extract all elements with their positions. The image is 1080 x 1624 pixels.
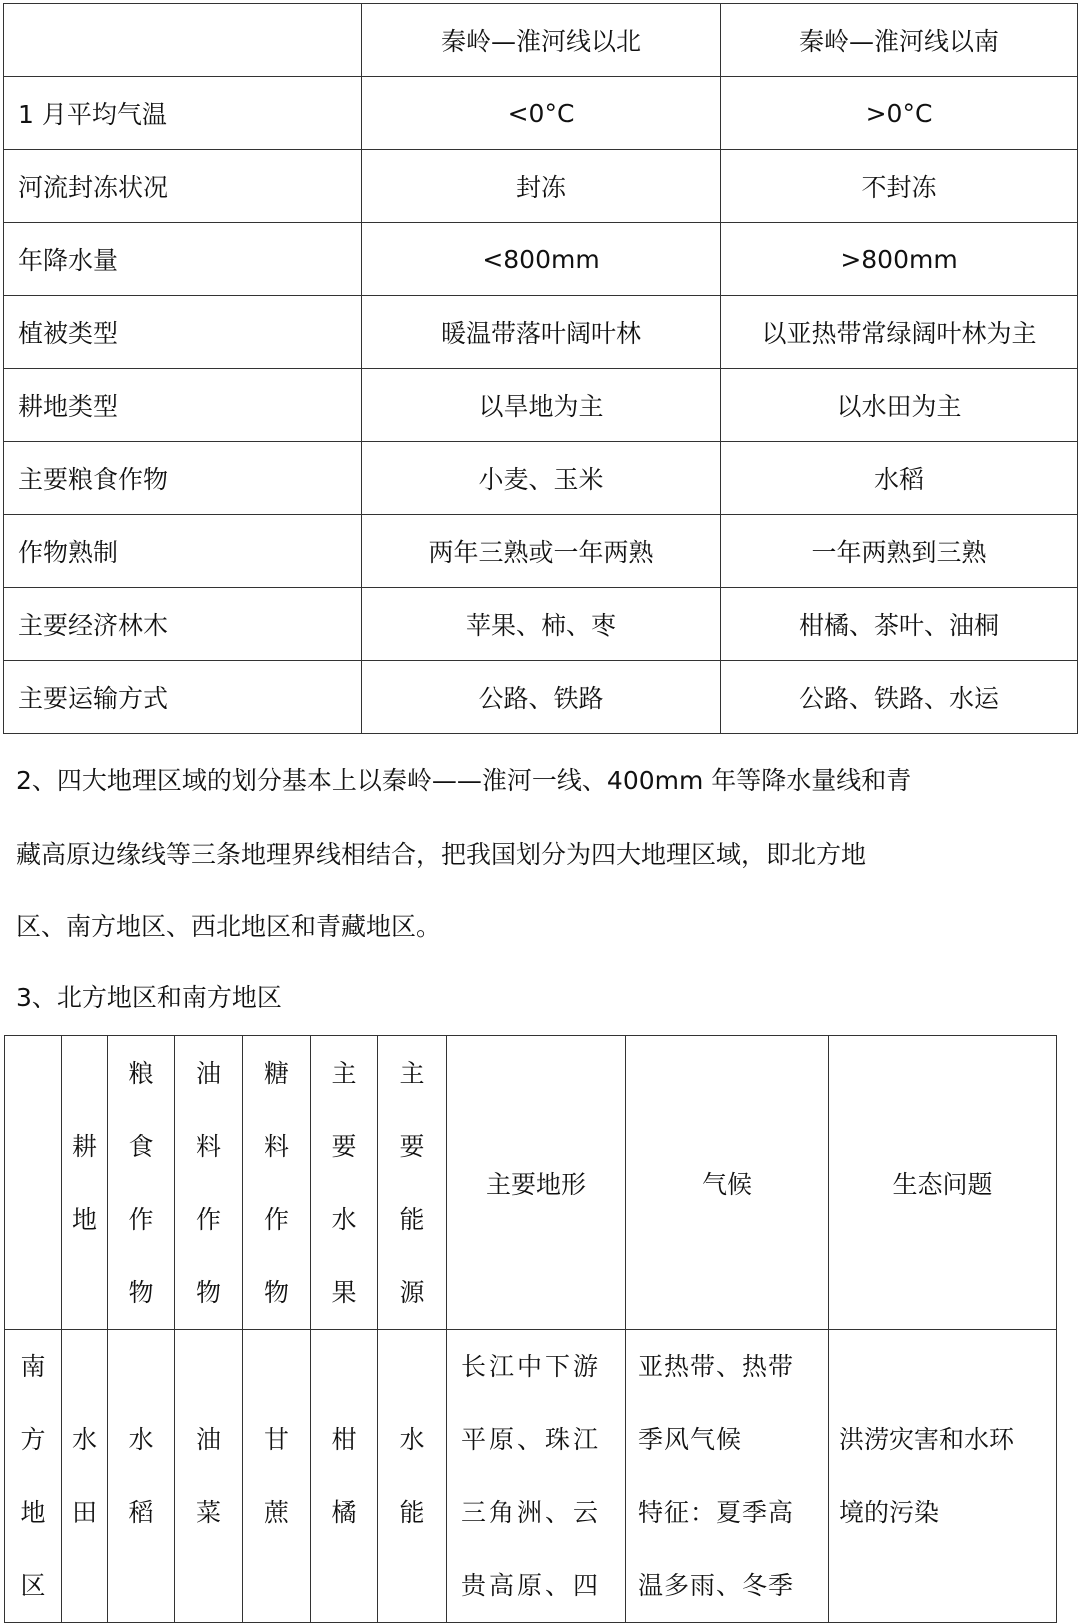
table-row-south: 南方地区 水田 水稻 油菜 甘蔗 柑橘 水能 长江中下游平原、珠江三角洲、云贵高… xyxy=(5,1330,1057,1623)
south-value: >0°C xyxy=(721,77,1078,150)
south-value: 一年两熟到三熟 xyxy=(721,515,1078,588)
header-region xyxy=(5,1036,62,1330)
header-terrain: 主要地形 xyxy=(447,1036,626,1330)
south-oil: 油菜 xyxy=(175,1330,243,1623)
header-blank xyxy=(4,4,362,77)
south-region-label: 南方地区 xyxy=(5,1330,62,1623)
section2-line-3: 区、南方地区、西北地区和青藏地区。 xyxy=(16,890,441,964)
row-label: 主要粮食作物 xyxy=(4,442,362,515)
south-climate: 亚热带、热带季风气候特征：夏季高温多雨、冬季 xyxy=(626,1330,829,1623)
table-row: 年降水量 <800mm >800mm xyxy=(4,223,1078,296)
south-value: 柑橘、茶叶、油桐 xyxy=(721,588,1078,661)
header-climate: 气候 xyxy=(626,1036,829,1330)
table-header-row: 秦岭—淮河线以北 秦岭—淮河线以南 xyxy=(4,4,1078,77)
header-grain-crops: 粮食作物 xyxy=(108,1036,175,1330)
header-main-energy: 主要能源 xyxy=(378,1036,447,1330)
header-oil-crops: 油料作物 xyxy=(175,1036,243,1330)
header-eco-problems: 生态问题 xyxy=(829,1036,1057,1330)
north-value: <0°C xyxy=(362,77,721,150)
row-label: 作物熟制 xyxy=(4,515,362,588)
table-row: 主要粮食作物 小麦、玉米 水稻 xyxy=(4,442,1078,515)
south-eco-problems: 洪涝灾害和水环境的污染 xyxy=(829,1330,1057,1623)
north-value: 暖温带落叶阔叶林 xyxy=(362,296,721,369)
header-farmland: 耕地 xyxy=(62,1036,108,1330)
south-value: 公路、铁路、水运 xyxy=(721,661,1078,734)
north-value: 封冻 xyxy=(362,150,721,223)
row-label: 年降水量 xyxy=(4,223,362,296)
south-value: 以水田为主 xyxy=(721,369,1078,442)
header-main-fruit: 主要水果 xyxy=(311,1036,378,1330)
south-fruit: 柑橘 xyxy=(311,1330,378,1623)
north-value: 以旱地为主 xyxy=(362,369,721,442)
table-row: 耕地类型 以旱地为主 以水田为主 xyxy=(4,369,1078,442)
south-terrain: 长江中下游平原、珠江三角洲、云贵高原、四 xyxy=(447,1330,626,1623)
table-row: 植被类型 暖温带落叶阔叶林 以亚热带常绿阔叶林为主 xyxy=(4,296,1078,369)
table-header-row: 耕地 粮食作物 油料作物 糖料作物 主要水果 主要能源 主要地形 气候 生态问题 xyxy=(5,1036,1057,1330)
header-north: 秦岭—淮河线以北 xyxy=(362,4,721,77)
section2-line-2: 藏高原边缘线等三条地理界线相结合，把我国划分为四大地理区域，即北方地 xyxy=(16,818,866,892)
table-row: 作物熟制 两年三熟或一年两熟 一年两熟到三熟 xyxy=(4,515,1078,588)
south-farmland: 水田 xyxy=(62,1330,108,1623)
table-row: 主要运输方式 公路、铁路 公路、铁路、水运 xyxy=(4,661,1078,734)
row-label: 植被类型 xyxy=(4,296,362,369)
south-value: 以亚热带常绿阔叶林为主 xyxy=(721,296,1078,369)
table-row: 主要经济林木 苹果、柿、枣 柑橘、茶叶、油桐 xyxy=(4,588,1078,661)
north-value: 两年三熟或一年两熟 xyxy=(362,515,721,588)
north-south-comparison-table: 秦岭—淮河线以北 秦岭—淮河线以南 1 月平均气温 <0°C >0°C 河流封冻… xyxy=(3,3,1078,734)
north-value: <800mm xyxy=(362,223,721,296)
north-value: 苹果、柿、枣 xyxy=(362,588,721,661)
table-row: 河流封冻状况 封冻 不封冻 xyxy=(4,150,1078,223)
north-value: 公路、铁路 xyxy=(362,661,721,734)
row-label: 1 月平均气温 xyxy=(4,77,362,150)
south-grain: 水稻 xyxy=(108,1330,175,1623)
row-label: 河流封冻状况 xyxy=(4,150,362,223)
south-sugar: 甘蔗 xyxy=(243,1330,311,1623)
north-south-regions-table: 耕地 粮食作物 油料作物 糖料作物 主要水果 主要能源 主要地形 气候 生态问题… xyxy=(4,1035,1057,1623)
south-value: 不封冻 xyxy=(721,150,1078,223)
row-label: 主要经济林木 xyxy=(4,588,362,661)
section3-title: 3、北方地区和南方地区 xyxy=(16,961,282,1035)
row-label: 耕地类型 xyxy=(4,369,362,442)
header-south: 秦岭—淮河线以南 xyxy=(721,4,1078,77)
north-value: 小麦、玉米 xyxy=(362,442,721,515)
section2-line-1: 2、四大地理区域的划分基本上以秦岭——淮河一线、400mm 年等降水量线和青 xyxy=(16,744,911,818)
south-value: >800mm xyxy=(721,223,1078,296)
south-energy: 水能 xyxy=(378,1330,447,1623)
row-label: 主要运输方式 xyxy=(4,661,362,734)
header-sugar-crops: 糖料作物 xyxy=(243,1036,311,1330)
south-value: 水稻 xyxy=(721,442,1078,515)
table-row: 1 月平均气温 <0°C >0°C xyxy=(4,77,1078,150)
